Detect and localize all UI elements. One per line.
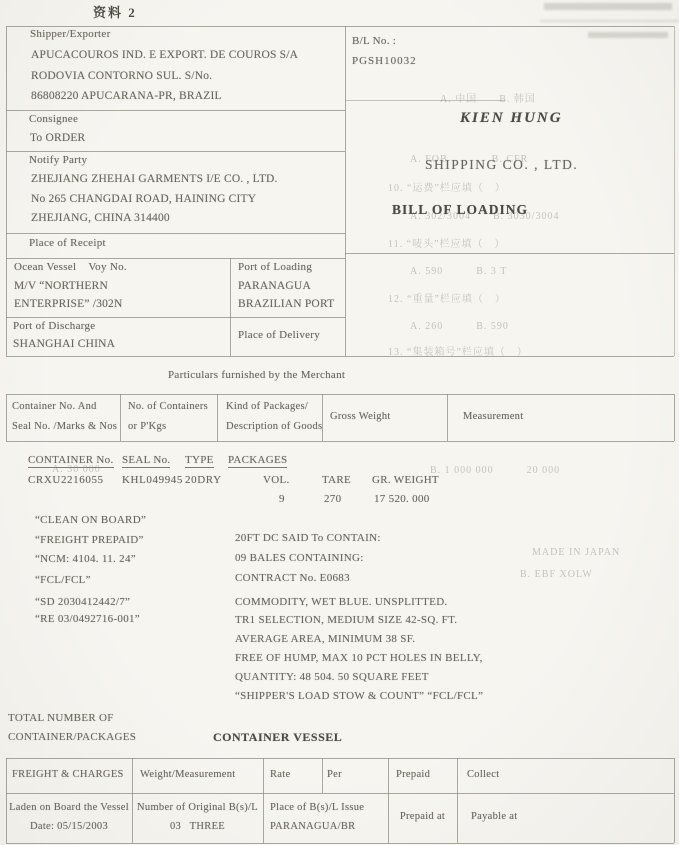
bleed-fragment: B. 1 000 000 20 000: [430, 461, 560, 476]
shipper-line: 86808220 APUCARANA-PR, BRAZIL: [31, 90, 222, 102]
prepaid-header: Prepaid: [396, 769, 430, 780]
description-line: TR1 SELECTION, MEDIUM SIZE 42-SQ. FT.: [235, 614, 457, 626]
rate-header: Rate: [270, 769, 290, 780]
notify-party-label: Notify Party: [29, 154, 87, 166]
packages-header-text: PACKAGES: [228, 454, 287, 468]
grid-line: [457, 758, 458, 843]
description-line: QUANTITY: 48 504. 50 SQUARE FEET: [235, 671, 429, 683]
mark-line: “RE 03/0492716-001”: [35, 613, 140, 625]
tare-header: TARE: [322, 474, 351, 486]
bleed-fragment: MADE IN JAPAN: [532, 547, 620, 558]
grid-line: [6, 317, 345, 318]
grid-line: [6, 394, 674, 395]
col-header-num-containers-2: or P'Kgs: [128, 421, 166, 432]
bleed-noise: [588, 32, 668, 38]
grid-line: [120, 394, 121, 441]
col-header-kind-packages-2: Description of Goods: [226, 421, 322, 432]
container-no-header-text: CONTAINER No.: [28, 454, 114, 468]
grid-line: [6, 758, 7, 843]
description-line: AVERAGE AREA, MINIMUM 38 SF.: [235, 633, 415, 645]
carrier-name: KIEN HUNG: [460, 110, 563, 127]
grid-line: [447, 394, 448, 441]
per-header: Per: [327, 769, 342, 780]
grid-line: [6, 758, 674, 759]
bl-no-value: PGSH10032: [352, 55, 417, 67]
col-header-measurement: Measurement: [463, 411, 523, 422]
type-header-text: TYPE: [185, 454, 214, 468]
mark-line: “FCL/FCL”: [35, 574, 91, 586]
description-line: COMMODITY, WET BLUE. UNSPLITTED.: [235, 596, 448, 608]
vessel-type-value: CONTAINER VESSEL: [213, 730, 342, 745]
bleed-noise: [544, 3, 672, 10]
grid-line: [6, 151, 345, 152]
grid-line: [6, 26, 7, 356]
grid-line: [6, 441, 674, 442]
place-of-receipt-label: Place of Receipt: [29, 237, 106, 249]
port-of-loading-label: Port of Loading: [238, 261, 312, 273]
grid-line: [322, 394, 323, 441]
port-of-loading-line: BRAZILIAN PORT: [238, 298, 334, 310]
carrier-subtitle: SHIPPING CO. , LTD.: [425, 157, 578, 173]
description-line: CONTRACT No. E0683: [235, 572, 350, 584]
gr-weight-header: GR. WEIGHT: [372, 474, 439, 486]
bl-no-label: B/L No. :: [352, 35, 396, 47]
freight-charges-header: FREIGHT & CHARGES: [12, 769, 124, 780]
bleed-fragment: 11. “唛头”栏应填（ ）: [388, 235, 506, 250]
col-header-container-no: Container No. And: [12, 401, 97, 412]
bleed-noise: [540, 20, 679, 22]
shipper-line: APUCACOUROS IND. E EXPORT. DE COUROS S/A: [31, 49, 298, 61]
description-line: FREE OF HUMP, MAX 10 PCT HOLES IN BELLY,: [235, 652, 483, 664]
gr-weight-value: 17 520. 000: [374, 493, 430, 505]
mark-line: “NCM: 4104. 11. 24”: [35, 553, 136, 565]
vessel-line: ENTERPRISE” /302N: [14, 298, 123, 310]
port-of-loading-line: PARANAGUA: [238, 280, 311, 292]
place-bl-issue-label: Place of B(s)/L Issue: [270, 802, 364, 813]
grid-line: [132, 758, 133, 843]
consignee-value: To ORDER: [30, 132, 85, 144]
laden-on-board-label: Laden on Board the Vessel: [8, 802, 130, 813]
weight-measurement-header: Weight/Measurement: [140, 769, 236, 780]
bleed-fragment: A. 590 B. 3 T: [410, 262, 507, 277]
place-bl-issue-value: PARANAGUA/BR: [270, 821, 355, 832]
grid-line: [322, 758, 323, 793]
consignee-label: Consignee: [29, 113, 78, 125]
bleed-fragment: 10. “运费”栏应填（ ）: [388, 179, 506, 194]
payable-at-label: Payable at: [471, 811, 517, 822]
page-title: 资料 2: [93, 2, 137, 21]
grid-line: [217, 394, 218, 441]
number-original-bl-value: 03 THREE: [134, 821, 261, 832]
grid-line: [674, 394, 675, 441]
grid-line: [345, 26, 346, 356]
container-no-value: CRXU2216055: [28, 474, 104, 486]
particulars-caption: Particulars furnished by the Merchant: [168, 369, 345, 381]
shipper-line: RODOVIA CONTORNO SUL. S/No.: [31, 70, 212, 82]
grid-line: [6, 394, 7, 441]
grid-line: [6, 793, 674, 794]
col-header-container-no-2: Seal No. /Marks & Nos: [12, 421, 117, 432]
grid-line: [6, 356, 674, 357]
bleed-fragment: A. 中国 B. 韩国: [440, 90, 536, 105]
laden-date-value: Date: 05/15/2003: [8, 821, 130, 832]
description-line: “SHIPPER'S LOAD STOW & COUNT” “FCL/FCL”: [235, 690, 483, 702]
vessel-line: M/V “NORTHERN: [14, 280, 108, 292]
collect-header: Collect: [467, 769, 499, 780]
grid-line: [230, 258, 231, 356]
bill-of-lading-scan: A. 中国 B. 韩国A. FOB B. CFR10. “运费”栏应填（ ）A.…: [0, 0, 679, 845]
grid-line: [674, 26, 675, 356]
document-title: BILL OF LOADING: [392, 202, 528, 218]
ocean-vessel-label: Ocean Vessel Voy No.: [14, 261, 127, 273]
bleed-fragment: B. EBF XOLW: [520, 569, 593, 580]
grid-line: [6, 843, 674, 844]
container-type-value: 20DRY: [185, 474, 222, 486]
col-header-num-containers: No. of Containers: [128, 401, 208, 412]
notify-line: ZHEJIANG, CHINA 314400: [31, 212, 170, 224]
grid-line: [6, 258, 345, 259]
seal-no-value: KHL049945: [122, 474, 183, 486]
grid-line: [6, 110, 345, 111]
tare-value: 270: [324, 493, 341, 505]
container-no-header: CONTAINER No.: [28, 454, 114, 466]
seal-no-header: SEAL No.: [122, 454, 170, 466]
bleed-fragment: A. 260 B. 590: [410, 317, 509, 332]
vol-header: VOL.: [263, 474, 290, 486]
port-of-discharge-label: Port of Discharge: [13, 320, 96, 332]
mark-line: “SD 2030412442/7”: [35, 596, 130, 608]
total-number-label-1: TOTAL NUMBER OF: [8, 712, 114, 724]
mark-line: “CLEAN ON BOARD”: [35, 514, 146, 526]
place-of-delivery-label: Place of Delivery: [238, 329, 320, 341]
description-line: 09 BALES CONTAINING:: [235, 552, 364, 564]
grid-line: [388, 758, 389, 843]
grid-line: [6, 26, 674, 27]
packages-header: PACKAGES: [228, 454, 287, 466]
grid-line: [263, 758, 264, 843]
mark-line: “FREIGHT PREPAID”: [35, 534, 144, 546]
grid-line: [674, 758, 675, 843]
grid-line: [345, 253, 674, 254]
col-header-kind-packages: Kind of Packages/: [226, 401, 308, 412]
port-of-discharge-value: SHANGHAI CHINA: [13, 338, 115, 350]
type-header: TYPE: [185, 454, 214, 466]
grid-line: [6, 233, 345, 234]
number-original-bl-label: Number of Original B(s)/L: [134, 802, 261, 813]
grid-line: [345, 100, 505, 101]
notify-line: ZHEJIANG ZHEHAI GARMENTS I/E CO. , LTD.: [31, 173, 278, 185]
col-header-gross-weight: Gross Weight: [330, 411, 391, 422]
bleed-fragment: 12. “重量”栏应填（ ）: [388, 290, 506, 305]
description-line: 20FT DC SAID To CONTAIN:: [235, 532, 381, 544]
total-number-label-2: CONTAINER/PACKAGES: [8, 731, 136, 743]
seal-no-header-text: SEAL No.: [122, 454, 170, 468]
shipper-label: Shipper/Exporter: [30, 28, 111, 40]
prepaid-at-label: Prepaid at: [390, 811, 455, 822]
vol-value: 9: [279, 493, 285, 505]
notify-line: No 265 CHANGDAI ROAD, HAINING CITY: [31, 193, 256, 205]
